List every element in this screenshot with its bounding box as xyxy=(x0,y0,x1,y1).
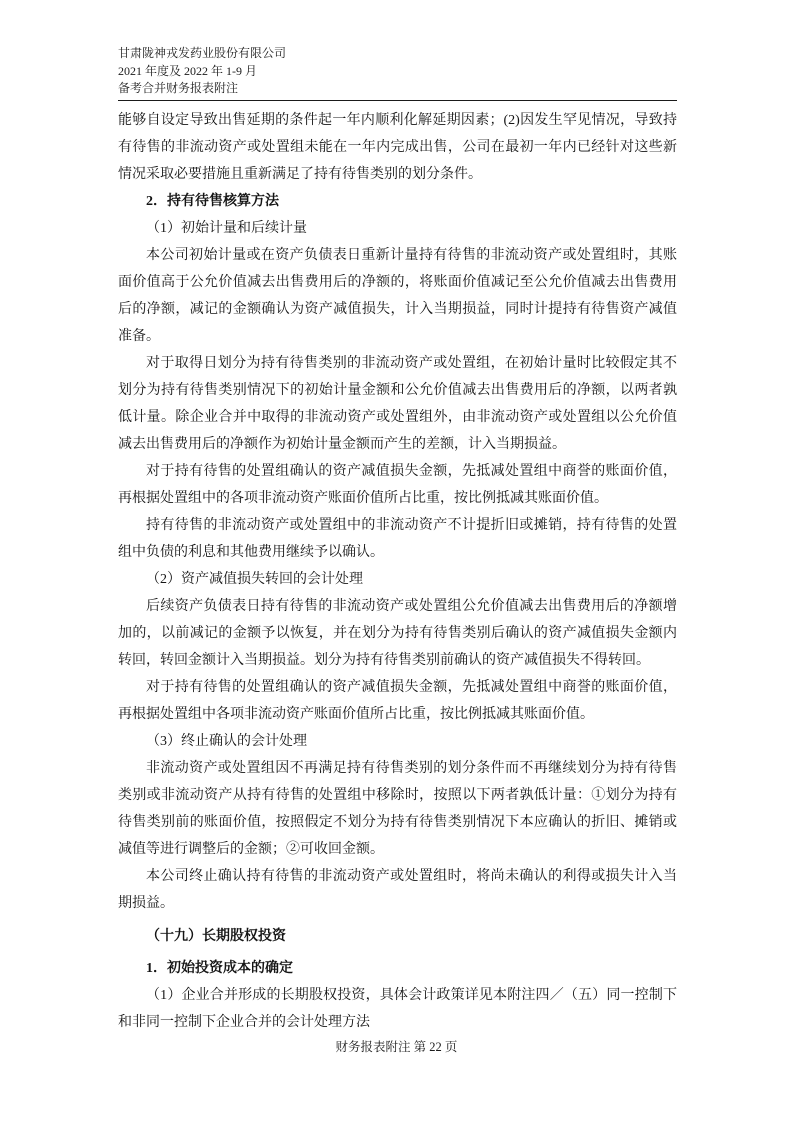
section-heading-19-long-term-equity-investment: （十九）长期股权投资 xyxy=(118,923,677,950)
subheading-derecognition-accounting: （3）终止确认的会计处理 xyxy=(118,728,677,755)
header-divider-line xyxy=(118,100,677,101)
heading-initial-investment-cost-determination: 1．初始投资成本的确定 xyxy=(118,955,677,982)
paragraph-no-depreciation-amortization: 持有待售的非流动资产或处置组中的非流动资产不计提折旧或摊销，持有待售的处置组中负… xyxy=(118,512,677,566)
page-footer: 财务报表附注 第 22 页 xyxy=(0,1037,793,1055)
subheading-impairment-loss-reversal: （2）资产减值损失转回的会计处理 xyxy=(118,566,677,593)
header-document-title: 备考合并财务报表附注 xyxy=(118,80,677,98)
page-header: 甘肃陇神戎发药业股份有限公司 2021 年度及 2022 年 1-9 月 备考合… xyxy=(118,45,677,98)
paragraph-derecognition-gains-losses: 本公司终止确认持有待售的非流动资产或处置组时，将尚未确认的利得或损失计入当期损益… xyxy=(118,863,677,917)
paragraph-business-combination-equity-investment: （1）企业合并形成的长期股权投资，具体会计政策详见本附注四／（五）同一控制下和非… xyxy=(118,982,677,1036)
subheading-initial-and-subsequent-measurement: （1）初始计量和后续计量 xyxy=(118,215,677,242)
header-report-period: 2021 年度及 2022 年 1-9 月 xyxy=(118,63,677,81)
heading-held-for-sale-accounting-method: 2．持有待售核算方法 xyxy=(118,188,677,215)
paragraph-reclassification-measurement: 非流动资产或处置组因不再满足持有待售类别的划分条件而不再继续划分为持有待售类别或… xyxy=(118,755,677,863)
header-company-name: 甘肃陇神戎发药业股份有限公司 xyxy=(118,45,677,63)
paragraph-impairment-allocation-repeat: 对于持有待售的处置组确认的资产减值损失金额，先抵减处置组中商誉的账面价值，再根据… xyxy=(118,674,677,728)
document-page: 甘肃陇神戎发药业股份有限公司 2021 年度及 2022 年 1-9 月 备考合… xyxy=(0,0,793,1122)
paragraph-continued-from-previous-page: 能够自设定导致出售延期的条件起一年内顺利化解延期因素；(2)因发生罕见情况，导致… xyxy=(118,107,677,188)
paragraph-subsequent-balance-sheet-date: 后续资产负债表日持有待售的非流动资产或处置组公允价值减去出售费用后的净额增加的，… xyxy=(118,593,677,674)
paragraph-acquisition-date-classification: 对于取得日划分为持有待售类别的非流动资产或处置组，在初始计量时比较假定其不划分为… xyxy=(118,350,677,458)
paragraph-impairment-allocation: 对于持有待售的处置组确认的资产减值损失金额，先抵减处置组中商誉的账面价值，再根据… xyxy=(118,458,677,512)
paragraph-initial-measurement: 本公司初始计量或在资产负债表日重新计量持有待售的非流动资产或处置组时，其账面价值… xyxy=(118,242,677,350)
document-body: 能够自设定导致出售延期的条件起一年内顺利化解延期因素；(2)因发生罕见情况，导致… xyxy=(118,107,677,1036)
